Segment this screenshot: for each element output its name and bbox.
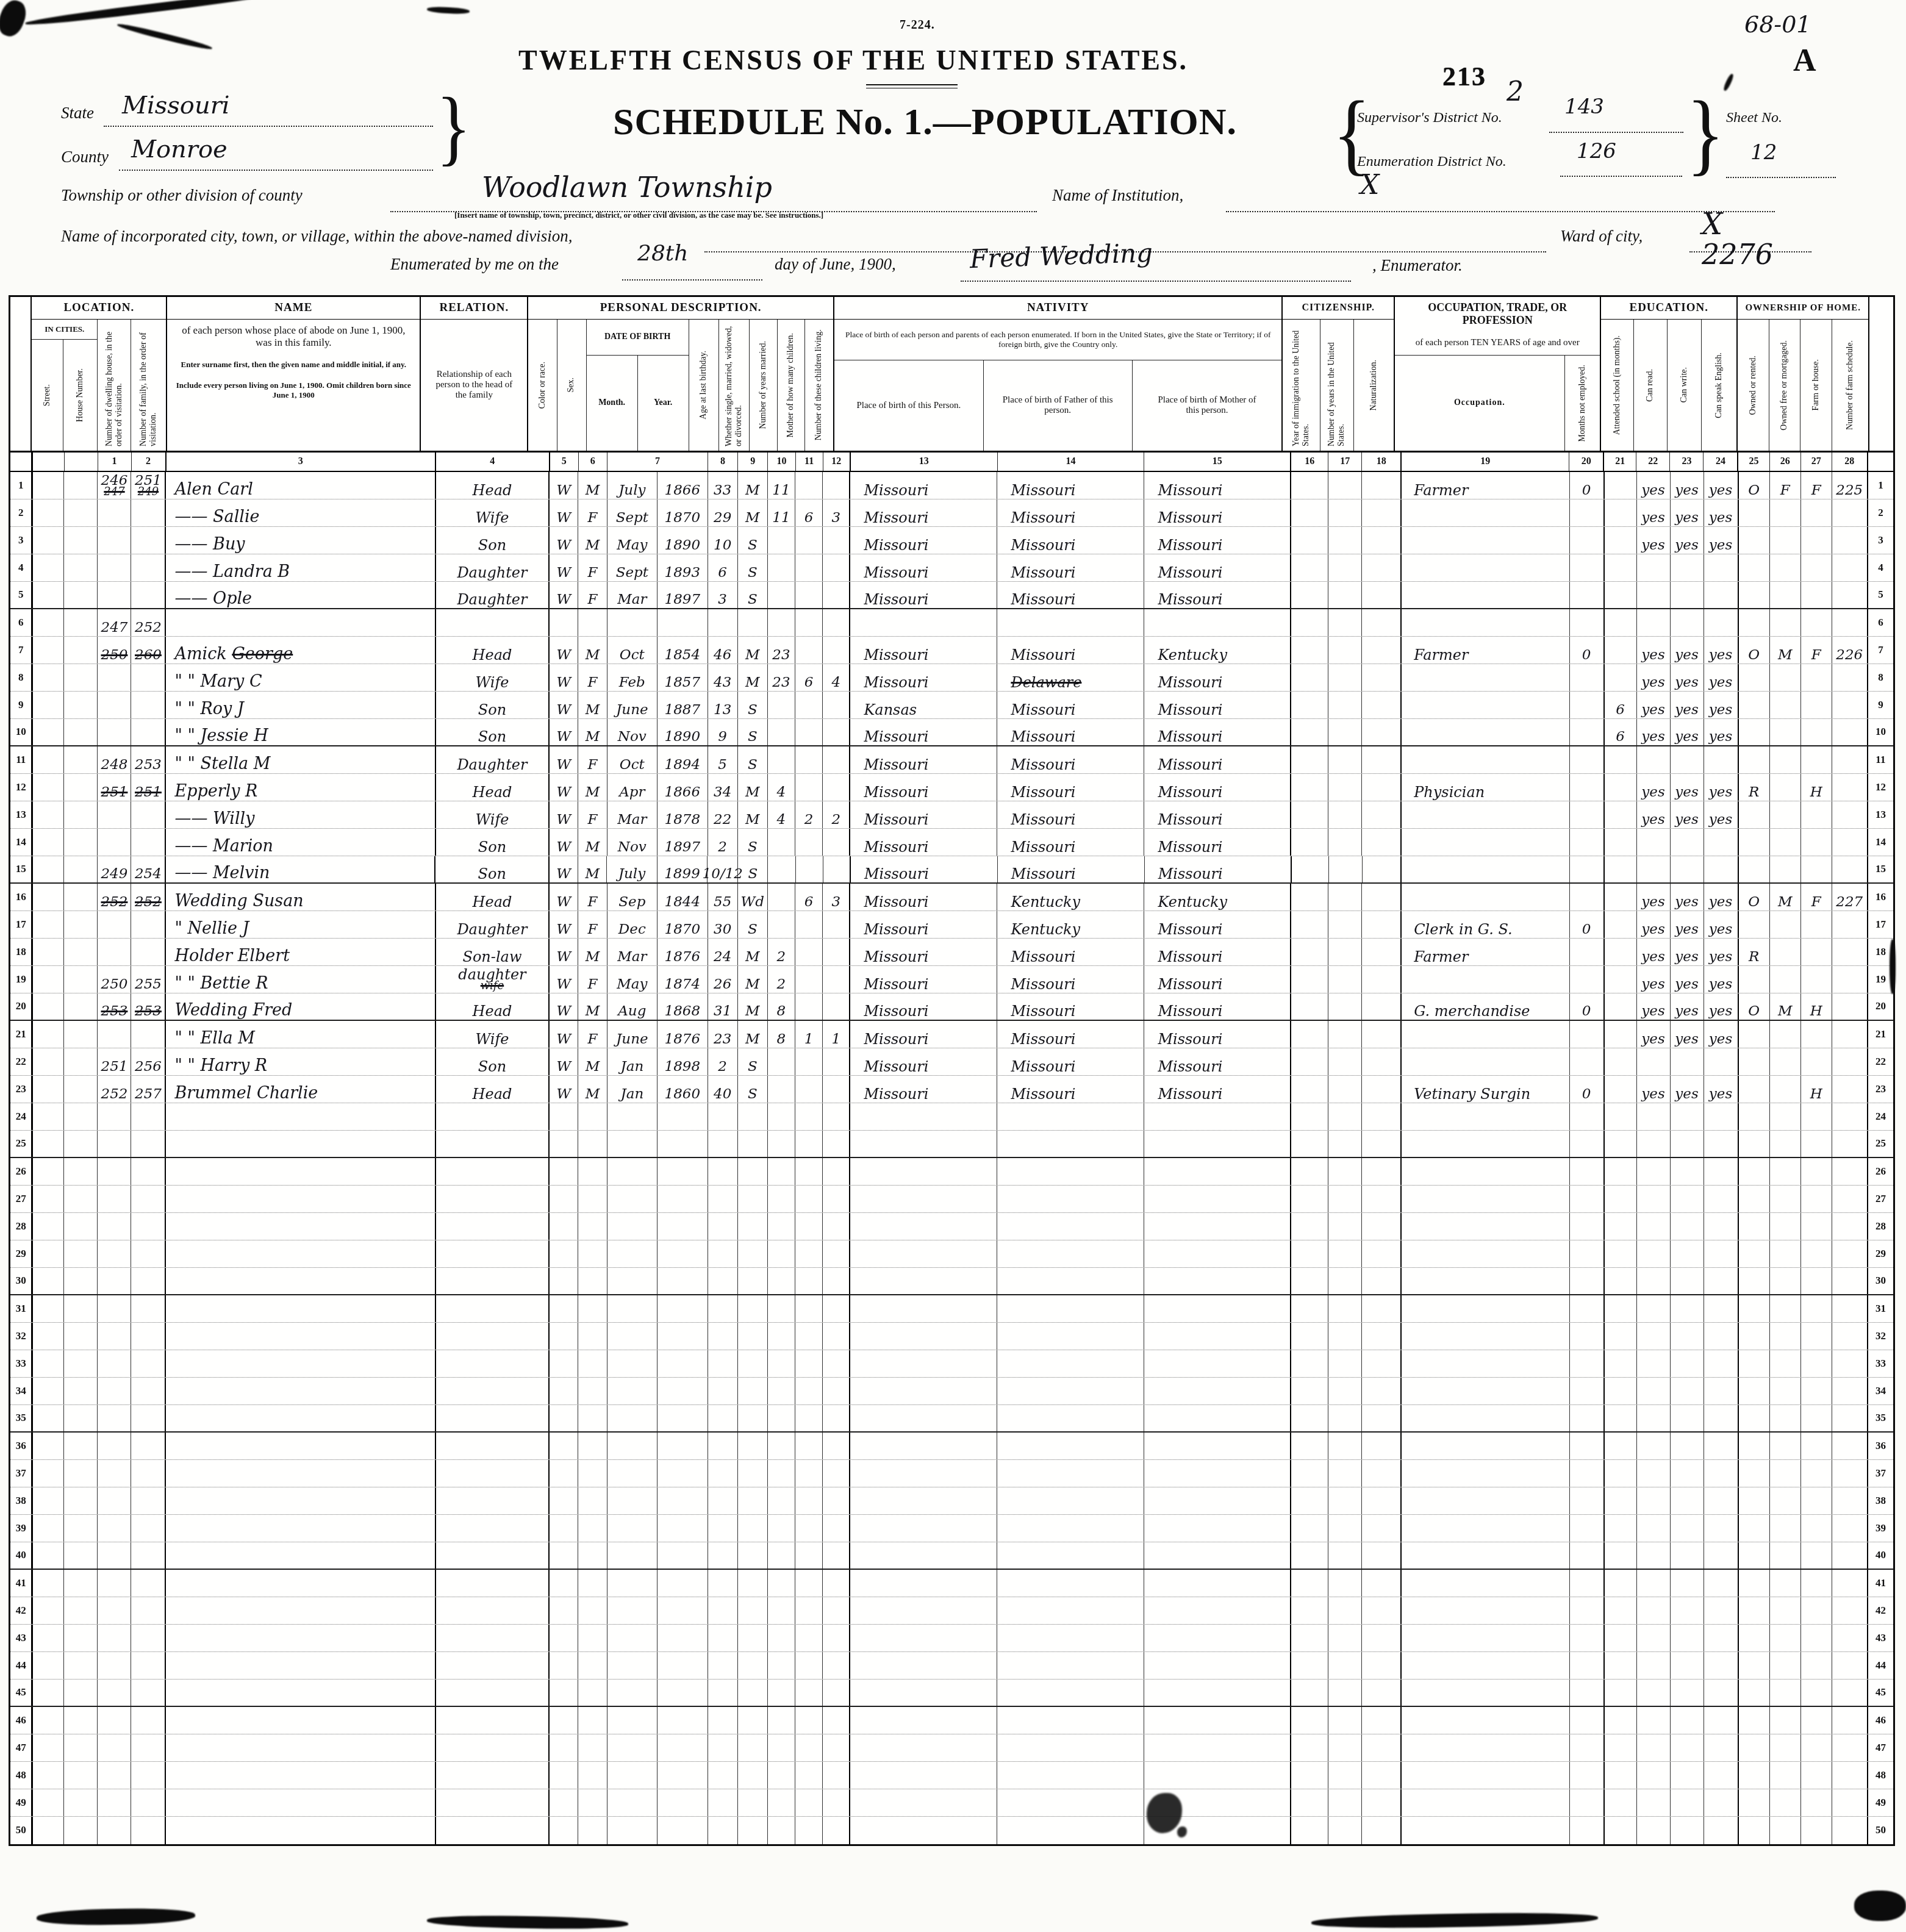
line-number-right: 48 [1868,1762,1893,1789]
cell-c25 [1739,1021,1770,1048]
census-row: 15249254—— MelvinSonWMJuly189910/12SMiss… [10,856,1893,884]
cell-c26 [1770,1131,1801,1157]
cell-ym [768,554,795,581]
line-number-left: 23 [10,1076,33,1103]
state-value: Missouri [122,91,230,120]
cell-c18 [1362,472,1402,499]
cell-c23: yes [1671,527,1704,554]
cell-c27 [1801,1487,1832,1514]
cell-c20 [1570,499,1605,526]
enumerator-sig-line [961,276,1351,282]
cell-c27 [1801,1515,1832,1542]
cell-c17 [1328,1103,1362,1130]
ownership-group: OWNERSHIP OF HOME. Owned or rented. Owne… [1738,297,1869,451]
cell-occ [1402,1680,1569,1706]
citizenship-group: CITIZENSHIP. Year of immigration to the … [1283,297,1395,451]
cell-mo: Aug [607,993,658,1020]
cell-c18 [1362,1213,1402,1240]
institution-value: X [1360,170,1379,201]
cell-c16 [1291,1762,1328,1789]
cell-pf: Missouri [997,801,1144,828]
cell-yr [657,1460,708,1487]
cell-c18 [1362,637,1402,664]
cell-mch [795,1597,823,1624]
cell-c23 [1671,1048,1704,1075]
census-row: 2424 [10,1103,1893,1131]
county-label: County [61,148,109,166]
cell-c20 [1570,692,1605,718]
cell-yr: 1894 [657,746,708,773]
cell-mo [607,609,658,636]
cell-c21 [1605,1021,1637,1048]
cell-c17 [1328,499,1362,526]
cell-mar: M [738,993,768,1020]
cell-occ: Farmer [1402,472,1569,499]
cell-ym [768,1268,795,1294]
line-number-left: 43 [10,1625,33,1651]
cell-name [166,1680,435,1706]
cell-c22 [1637,1323,1671,1350]
cell-c21 [1605,1789,1637,1816]
cell-c18 [1362,1048,1402,1075]
cell-house [64,774,98,801]
cell-mo: Oct [607,746,658,773]
cell-c21 [1605,637,1637,664]
cell-sex [578,1542,607,1569]
cell-c25 [1739,1076,1770,1103]
cell-dw [98,1405,131,1431]
cell-name [166,1378,435,1404]
cell-age: 26 [708,966,738,993]
cell-name [166,1405,435,1431]
cell-c27 [1801,527,1832,554]
cell-c26 [1770,692,1801,718]
cell-c27 [1801,582,1832,608]
cell-c28 [1832,774,1868,801]
cell-c17 [1328,1652,1362,1679]
cell-yr [657,1734,708,1761]
cell-c16 [1291,1240,1328,1267]
cell-c24: yes [1704,774,1739,801]
cell-color: W [550,801,578,828]
cell-c20 [1570,1515,1605,1542]
cell-pm [1144,1323,1291,1350]
cell-street [33,1789,64,1816]
cell-c16 [1291,1515,1328,1542]
cell-pob [850,1350,997,1377]
cell-c17 [1329,856,1363,882]
line-number-left: 33 [10,1350,33,1377]
cell-occ [1402,1213,1569,1240]
cell-c21 [1605,1405,1637,1431]
cell-dw [98,499,131,526]
census-row: 4141 [10,1570,1893,1597]
cell-name: Amick George [166,637,435,664]
cell-c17 [1328,746,1362,773]
cell-yr: 1897 [657,829,708,856]
census-row: 20253253Wedding FredHeadWMAug186831M8Mis… [10,993,1893,1021]
line-number-right: 21 [1868,1021,1893,1048]
education-title: EDUCATION. [1601,297,1736,320]
cell-mlv: 2 [823,801,850,828]
cell-c24: yes [1704,719,1739,745]
cell-c23: yes [1671,911,1704,938]
cell-sex [578,1295,607,1322]
cell-c24 [1704,582,1739,608]
cell-c20 [1570,1542,1605,1569]
cell-c26 [1770,664,1801,691]
cell-rel: Wife [436,664,550,691]
cell-c16 [1291,1213,1328,1240]
line-number-left: 6 [10,609,33,636]
cell-c23 [1671,856,1704,882]
cell-mo: Mar [607,582,658,608]
cell-c25 [1739,1048,1770,1075]
cell-age [708,1131,738,1157]
cell-mar [738,1295,768,1322]
cell-house [64,1021,98,1048]
cell-c18 [1362,527,1402,554]
cell-street [33,1734,64,1761]
cell-c20 [1570,774,1605,801]
cell-c22 [1637,1817,1671,1844]
cell-c24 [1704,1625,1739,1651]
cell-c25 [1739,1570,1770,1597]
cell-c24: yes [1704,1076,1739,1103]
line-number-right: 25 [1868,1131,1893,1157]
column-number: 16 [1291,453,1328,471]
cell-house [64,856,98,882]
cell-name [166,1323,435,1350]
cell-pf: Kentucky [997,911,1144,938]
cell-mar [738,1240,768,1267]
cell-ym [768,719,795,745]
cell-pob: Missouri [850,1076,997,1103]
cell-c25 [1739,527,1770,554]
cell-c28: 226 [1832,637,1868,664]
cell-mch [795,746,823,773]
cell-ym [768,1323,795,1350]
cell-yr [657,1652,708,1679]
cell-mo: Nov [607,829,658,856]
cell-c17 [1328,1378,1362,1404]
cell-mlv [823,1817,850,1844]
cell-mch [795,1762,823,1789]
cell-mo: Sept [607,499,658,526]
cell-occ [1402,1817,1569,1844]
cell-mlv [823,637,850,664]
line-number-left: 41 [10,1570,33,1597]
cell-c16 [1291,774,1328,801]
cell-c17 [1328,1213,1362,1240]
cell-rel: Son [436,692,550,718]
cell-c27 [1801,1131,1832,1157]
cell-ym: 4 [768,774,795,801]
cell-c22 [1637,1350,1671,1377]
cell-age: 46 [708,637,738,664]
cell-pm [1144,1734,1291,1761]
column-number: 27 [1801,453,1832,471]
cell-yr [657,609,708,636]
cell-age: 6 [708,554,738,581]
can-speak-english-col-label: Can speak English. [1714,352,1724,418]
line-number-right: 7 [1868,637,1893,664]
cell-yr [657,1789,708,1816]
cell-mch [795,637,823,664]
cell-pm: Missouri [1144,554,1291,581]
cell-mch [795,939,823,965]
cell-fam: 256 [131,1048,166,1075]
cell-pf [997,609,1144,636]
cell-mch [795,1240,823,1267]
cell-c26 [1770,1433,1801,1459]
cell-house [64,911,98,938]
cell-c25 [1739,966,1770,993]
cell-c20 [1570,527,1605,554]
cell-mch [795,1268,823,1294]
census-row: 3535 [10,1405,1893,1433]
line-number-left: 16 [10,884,33,911]
cell-color: W [550,746,578,773]
cell-fam [131,1021,166,1048]
cell-c26 [1770,1515,1801,1542]
state-label: State [61,104,94,123]
cell-ym [768,1542,795,1569]
census-row: 13—— WillyWifeWFMar187822M422MissouriMis… [10,801,1893,829]
cell-c20 [1570,1350,1605,1377]
cell-yr [657,1240,708,1267]
cell-c22: yes [1637,884,1671,911]
cell-c28 [1832,1240,1868,1267]
cell-c18 [1362,1021,1402,1048]
cell-pob [850,1295,997,1322]
cell-ym [768,1350,795,1377]
cell-house [64,1186,98,1212]
line-number-left: 35 [10,1405,33,1431]
cell-fam [131,939,166,965]
cell-dw [98,911,131,938]
cell-street [33,1597,64,1624]
cell-c27 [1801,1680,1832,1706]
cell-ym [768,1680,795,1706]
cell-c16 [1291,1460,1328,1487]
cell-name [166,1625,435,1651]
cell-pob [850,1213,997,1240]
cell-c17 [1328,1131,1362,1157]
cell-dw [98,527,131,554]
cell-age: 29 [708,499,738,526]
cell-rel [436,1295,550,1322]
cell-sex [578,1240,607,1267]
cell-yr [657,1158,708,1185]
cell-color [550,1268,578,1294]
cell-c28 [1832,1433,1868,1459]
cell-c24: yes [1704,939,1739,965]
cell-yr: 1893 [657,554,708,581]
attended-school-col-label: Attended school (in months). [1613,335,1622,435]
cell-fam [131,1680,166,1706]
cell-c25 [1739,1652,1770,1679]
line-number-left: 42 [10,1597,33,1624]
cell-yr [657,1707,708,1734]
cell-mar [738,1350,768,1377]
cell-c21 [1605,1378,1637,1404]
cell-ym [768,1048,795,1075]
cell-c27: H [1801,993,1832,1020]
cell-ym: 23 [768,664,795,691]
cell-fam [131,1295,166,1322]
cell-c26 [1770,1048,1801,1075]
cell-name: —— Buy [166,527,435,554]
scan-artifact [1854,1891,1906,1921]
cell-ym [768,1515,795,1542]
cell-pob: Missouri [850,582,997,608]
cell-color [550,1186,578,1212]
cell-c18 [1362,1707,1402,1734]
cell-c18 [1362,692,1402,718]
cell-pf: Missouri [997,582,1144,608]
cell-age [708,1734,738,1761]
cell-pm [1144,1652,1291,1679]
cell-c26 [1770,966,1801,993]
name-group: NAME of each person whose place of abode… [167,297,421,451]
line-number-left: 26 [10,1158,33,1185]
cell-fam [131,1542,166,1569]
cell-c23 [1671,609,1704,636]
cell-c26 [1770,554,1801,581]
column-number: 10 [768,453,795,471]
cell-c27 [1801,1378,1832,1404]
line-number-right: 17 [1868,911,1893,938]
cell-name: Wedding Fred [166,993,435,1020]
cell-c28 [1832,1707,1868,1734]
cell-house [64,939,98,965]
cell-mo [607,1487,658,1514]
cell-color [550,1240,578,1267]
cell-mar [738,1131,768,1157]
supervisor-line [1549,127,1683,133]
cell-name [166,1213,435,1240]
cell-c27 [1801,1295,1832,1322]
cell-sex: M [578,637,607,664]
cell-c21: 6 [1605,719,1637,745]
cell-c24: yes [1704,527,1739,554]
cell-c18 [1362,1762,1402,1789]
cell-name: Brummel Charlie [166,1076,435,1103]
cell-occ [1402,1542,1569,1569]
enumeration-label: Enumeration District No. [1357,154,1507,170]
cell-mlv [823,829,850,856]
cell-street [33,527,64,554]
cell-sex [578,1680,607,1706]
cell-pob: Missouri [850,746,997,773]
cell-pf [997,1542,1144,1569]
cell-house [64,801,98,828]
cell-ym [768,1131,795,1157]
line-number-right: 10 [1868,719,1893,745]
cell-name: —— Landra B [166,554,435,581]
cell-yr [657,1186,708,1212]
cell-yr: 1898 [657,1048,708,1075]
enumerated-mid: day of June, 1900, [775,255,896,274]
cell-color [550,1378,578,1404]
cell-c23 [1671,1762,1704,1789]
cell-sex [578,1652,607,1679]
cell-fam [131,1131,166,1157]
cell-c27 [1801,911,1832,938]
cell-mar [738,1268,768,1294]
cell-dw [98,1268,131,1294]
cell-pm [1144,1240,1291,1267]
cell-mch [795,1570,823,1597]
cell-mch [795,966,823,993]
cell-c25 [1739,1487,1770,1514]
cell-c16 [1291,609,1328,636]
cell-pob: Missouri [850,911,997,938]
cell-sex [578,1323,607,1350]
census-row: 14—— MarionSonWMNov18972SMissouriMissour… [10,829,1893,856]
cell-mch [795,1817,823,1844]
cell-pob [850,1433,997,1459]
cell-mo: Jan [607,1048,658,1075]
cell-pm: Missouri [1144,527,1291,554]
cell-c25 [1739,1762,1770,1789]
line-number-right: 45 [1868,1680,1893,1706]
cell-c22 [1637,1707,1671,1734]
cell-c18 [1362,1076,1402,1103]
cell-c28 [1832,1295,1868,1322]
cell-pob [850,1487,997,1514]
cell-c25 [1739,664,1770,691]
cell-c17 [1328,1295,1362,1322]
cell-c18 [1362,1378,1402,1404]
cell-c26 [1770,1103,1801,1130]
cell-rel: daughterwife [436,966,550,993]
cell-occ [1402,746,1569,773]
cell-mch [795,1048,823,1075]
cell-pm [1144,1103,1291,1130]
cell-c16 [1291,966,1328,993]
cell-fam [131,1158,166,1185]
cell-fam [131,1515,166,1542]
cell-rel: Head [436,637,550,664]
cell-fam: 260 [131,637,166,664]
cell-c21 [1605,774,1637,801]
cell-occ [1402,1268,1569,1294]
line-number-right: 46 [1868,1707,1893,1734]
cell-pob [850,1625,997,1651]
cell-pob [850,1240,997,1267]
cell-c26 [1770,1076,1801,1103]
cell-name [166,1460,435,1487]
cell-occ [1402,664,1569,691]
cell-street [33,1103,64,1130]
cell-dw [98,1158,131,1185]
line-number-right: 39 [1868,1515,1893,1542]
cell-c23 [1671,1378,1704,1404]
cell-c21 [1605,939,1637,965]
cell-c26 [1770,1350,1801,1377]
census-row: 7250260Amick GeorgeHeadWMOct185446M23Mis… [10,637,1893,664]
cell-pf [997,1405,1144,1431]
cell-pf: Kentucky [997,884,1144,911]
cell-c24: yes [1704,993,1739,1020]
cell-c18 [1362,1789,1402,1816]
cell-street [33,1240,64,1267]
cell-pf [997,1131,1144,1157]
cell-pf: Missouri [997,719,1144,745]
cell-c27 [1801,1323,1832,1350]
